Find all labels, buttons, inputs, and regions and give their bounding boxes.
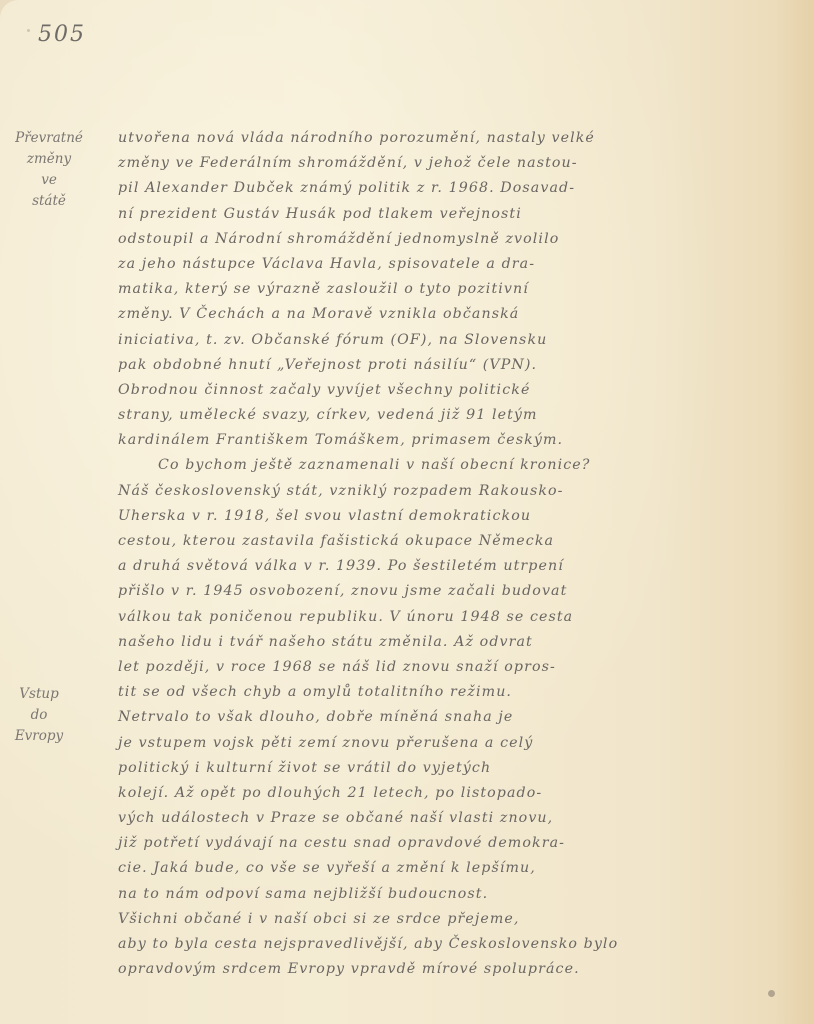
text-line: tit se od všech chyb a omylů totalitního… (118, 680, 728, 705)
paper-stain (768, 990, 775, 997)
text-line: změny. V Čechách a na Moravě vznikla obč… (118, 302, 728, 327)
text-line-paragraph-start: Co bychom ještě zaznamenali v naší obecn… (118, 453, 728, 478)
margin-note-line: do (4, 705, 74, 726)
text-line: Netrvalo to však dlouho, dobře míněná sn… (118, 705, 728, 730)
paper-stain (27, 29, 30, 32)
margin-note-line: státě (4, 191, 94, 212)
text-line: ní prezident Gustáv Husák pod tlakem veř… (118, 202, 728, 227)
text-line: odstoupil a Národní shromáždění jednomys… (118, 227, 728, 252)
text-line: již potřetí vydávají na cestu snad oprav… (118, 831, 728, 856)
text-line: změny ve Federálním shromáždění, v jehož… (118, 151, 728, 176)
margin-note-line: Vstup (4, 684, 74, 705)
text-line: cestou, kterou zastavila fašistická okup… (118, 529, 728, 554)
text-line: pak obdobné hnutí „Veřejnost proti násil… (118, 353, 728, 378)
text-line: strany, umělecké svazy, církev, vedená j… (118, 403, 728, 428)
text-line: kolejí. Až opět po dlouhých 21 letech, p… (118, 781, 728, 806)
margin-note-line: Převratné (4, 128, 94, 149)
text-line: vých událostech v Praze se občané naší v… (118, 806, 728, 831)
text-line: je vstupem vojsk pěti zemí znovu přeruše… (118, 731, 728, 756)
text-line: iniciativa, t. zv. Občanské fórum (OF), … (118, 328, 728, 353)
text-line: našeho lidu i tvář našeho státu změnila.… (118, 630, 728, 655)
text-line: matika, který se výrazně zasloužil o tyt… (118, 277, 728, 302)
text-line: a druhá světová válka v r. 1939. Po šest… (118, 554, 728, 579)
margin-note-line: změny (4, 149, 94, 170)
text-line: kardinálem Františkem Tomáškem, primasem… (118, 428, 728, 453)
text-line: pil Alexander Dubček známý politik z r. … (118, 176, 728, 201)
chronicle-page: 505 Převratné změny ve státě Vstup do Ev… (0, 0, 814, 1024)
margin-note-entry-to-europe: Vstup do Evropy (4, 684, 74, 747)
text-line: opravdovým srdcem Evropy vpravdě mírové … (118, 957, 728, 982)
margin-note-line: Evropy (4, 726, 74, 747)
handwritten-body-text: utvořena nová vláda národního porozumění… (118, 126, 728, 982)
text-line: přišlo v r. 1945 osvobození, znovu jsme … (118, 579, 728, 604)
text-line: Uherska v r. 1918, šel svou vlastní demo… (118, 504, 728, 529)
text-line: utvořena nová vláda národního porozumění… (118, 126, 728, 151)
text-line: válkou tak poničenou republiku. V únoru … (118, 605, 728, 630)
text-line: za jeho nástupce Václava Havla, spisovat… (118, 252, 728, 277)
text-line: Obrodnou činnost začaly vyvíjet všechny … (118, 378, 728, 403)
page-number: 505 (38, 22, 86, 47)
margin-note-line: ve (4, 170, 94, 191)
text-line: Náš československý stát, vzniklý rozpade… (118, 479, 728, 504)
text-line: Všichni občané i v naší obci si ze srdce… (118, 907, 728, 932)
margin-note-political-changes: Převratné změny ve státě (4, 128, 94, 212)
text-line: aby to byla cesta nejspravedlivější, aby… (118, 932, 728, 957)
text-line: na to nám odpoví sama nejbližší budoucno… (118, 882, 728, 907)
text-line: let později, v roce 1968 se náš lid znov… (118, 655, 728, 680)
text-line: politický i kulturní život se vrátil do … (118, 756, 728, 781)
text-line: cie. Jaká bude, co vše se vyřeší a změní… (118, 856, 728, 881)
